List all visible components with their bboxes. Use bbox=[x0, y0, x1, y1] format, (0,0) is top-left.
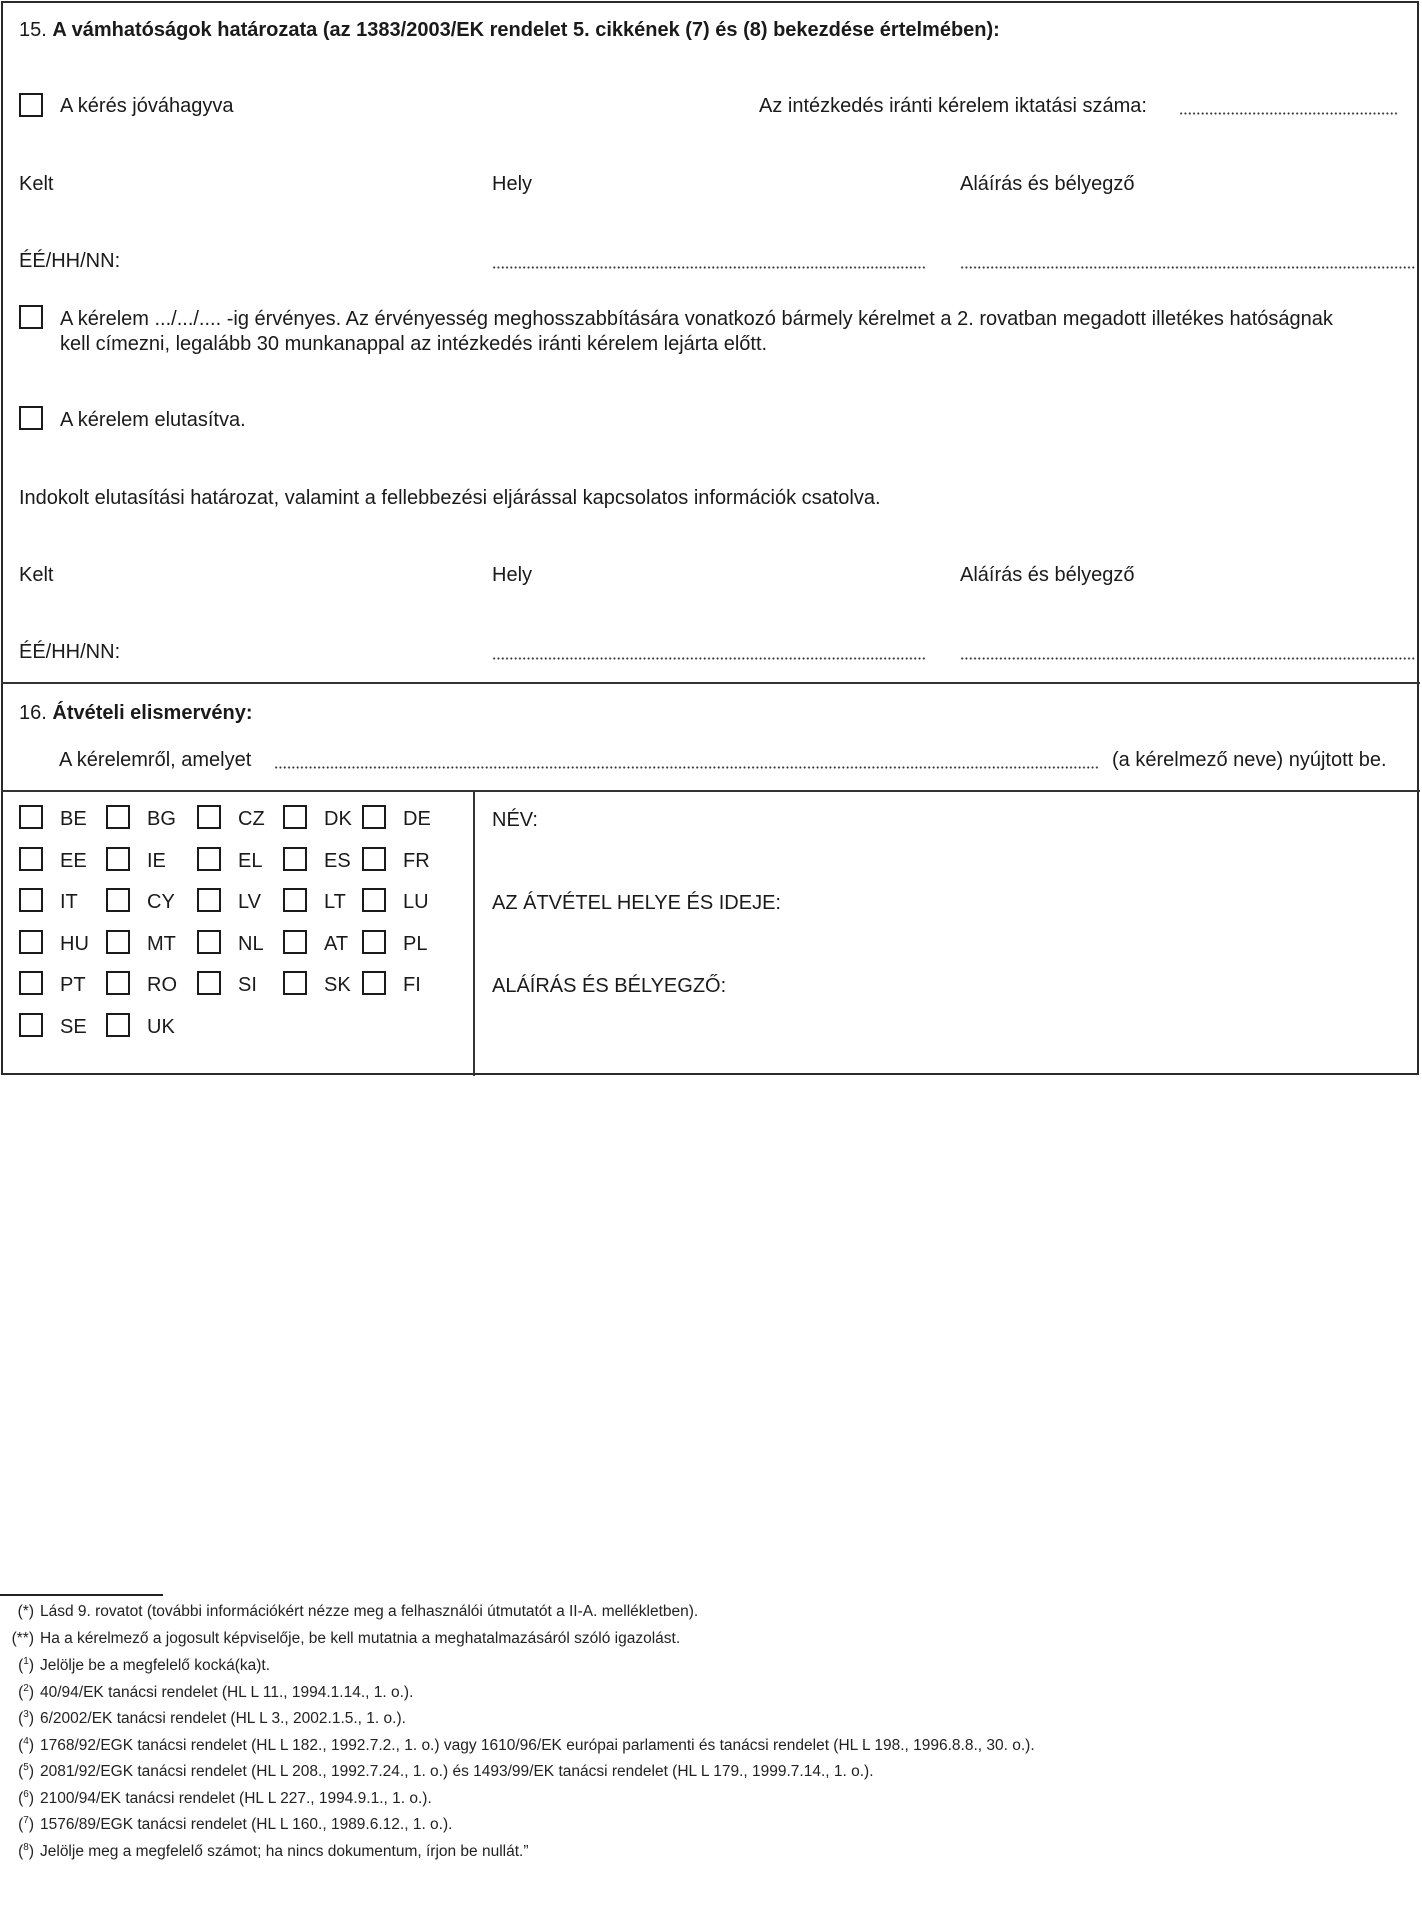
rejection-note: Indokolt elutasítási határozat, valamint… bbox=[19, 487, 881, 510]
footnote-item: (1)Jelölje be a megfelelő kocká(ka)t. bbox=[0, 1656, 270, 1675]
kelt-label-1: Kelt bbox=[19, 173, 53, 196]
country-checkbox-dk[interactable] bbox=[283, 805, 307, 829]
country-label-ie: IE bbox=[147, 850, 166, 873]
footnote-item: (5)2081/92/EGK tanácsi rendelet (HL L 20… bbox=[0, 1762, 874, 1781]
section-16-title: Átvételi elismervény: bbox=[52, 702, 252, 724]
section-16-heading: 16. Átvételi elismervény: bbox=[19, 702, 252, 725]
footnote-mark: (1) bbox=[0, 1656, 34, 1675]
valid-until-text-line2: kell címezni, legalább 30 munkanappal az… bbox=[60, 333, 767, 356]
date-format-label-1: ÉÉ/HH/NN: bbox=[19, 250, 120, 273]
country-checkbox-pt[interactable] bbox=[19, 971, 43, 995]
signature-field-1[interactable] bbox=[960, 266, 1415, 269]
country-label-bg: BG bbox=[147, 808, 176, 831]
place-field-2[interactable] bbox=[492, 657, 926, 660]
place-field-1[interactable] bbox=[492, 266, 926, 269]
valid-until-checkbox[interactable] bbox=[19, 305, 43, 329]
country-label-at: AT bbox=[324, 933, 348, 956]
valid-until-text-line1: A kérelem .../.../.... -ig érvényes. Az … bbox=[60, 308, 1333, 331]
country-label-lt: LT bbox=[324, 891, 346, 914]
registration-number-field[interactable] bbox=[1179, 112, 1397, 115]
country-checkbox-fi[interactable] bbox=[362, 971, 386, 995]
section-15-heading: 15. A vámhatóságok határozata (az 1383/2… bbox=[19, 19, 1000, 42]
footnote-text: 1768/92/EGK tanácsi rendelet (HL L 182.,… bbox=[40, 1737, 1035, 1754]
request-suffix: (a kérelmező neve) nyújtott be. bbox=[1112, 749, 1387, 772]
footnote-text: 2081/92/EGK tanácsi rendelet (HL L 208.,… bbox=[40, 1763, 874, 1780]
rejected-checkbox[interactable] bbox=[19, 406, 43, 430]
footnote-item: (7)1576/89/EGK tanácsi rendelet (HL L 16… bbox=[0, 1815, 452, 1834]
footnote-item: (*)Lásd 9. rovatot (további információké… bbox=[0, 1603, 698, 1621]
footnote-item: (6)2100/94/EK tanácsi rendelet (HL L 227… bbox=[0, 1789, 432, 1808]
country-label-fi: FI bbox=[403, 974, 421, 997]
footnote-item: (4)1768/92/EGK tanácsi rendelet (HL L 18… bbox=[0, 1736, 1035, 1755]
grid-column-divider bbox=[473, 791, 475, 1076]
footnote-mark: (6) bbox=[0, 1789, 34, 1808]
name-label: NÉV: bbox=[492, 809, 538, 832]
country-checkbox-lu[interactable] bbox=[362, 888, 386, 912]
signature-label-2: Aláírás és bélyegző bbox=[960, 564, 1135, 587]
section-15-title: A vámhatóságok határozata (az 1383/2003/… bbox=[52, 19, 999, 41]
country-checkbox-bg[interactable] bbox=[106, 805, 130, 829]
country-checkbox-be[interactable] bbox=[19, 805, 43, 829]
footnote-text: Ha a kérelmező a jogosult képviselője, b… bbox=[40, 1630, 680, 1647]
kelt-label-2: Kelt bbox=[19, 564, 53, 587]
country-label-se: SE bbox=[60, 1016, 87, 1039]
approved-checkbox[interactable] bbox=[19, 93, 43, 117]
country-label-el: EL bbox=[238, 850, 262, 873]
country-checkbox-ie[interactable] bbox=[106, 847, 130, 871]
footnote-text: 2100/94/EK tanácsi rendelet (HL L 227., … bbox=[40, 1790, 432, 1807]
footnote-mark: (**) bbox=[0, 1630, 34, 1648]
country-label-uk: UK bbox=[147, 1016, 175, 1039]
date-format-label-2: ÉÉ/HH/NN: bbox=[19, 641, 120, 664]
country-checkbox-de[interactable] bbox=[362, 805, 386, 829]
country-label-lv: LV bbox=[238, 891, 261, 914]
country-label-hu: HU bbox=[60, 933, 89, 956]
country-checkbox-es[interactable] bbox=[283, 847, 307, 871]
footnote-mark: (*) bbox=[0, 1603, 34, 1621]
country-label-mt: MT bbox=[147, 933, 176, 956]
country-checkbox-sk[interactable] bbox=[283, 971, 307, 995]
country-label-es: ES bbox=[324, 850, 351, 873]
hely-label-2: Hely bbox=[492, 564, 532, 587]
country-label-ro: RO bbox=[147, 974, 177, 997]
footnote-text: 40/94/EK tanácsi rendelet (HL L 11., 199… bbox=[40, 1684, 413, 1701]
receipt-signature-label: ALÁÍRÁS ÉS BÉLYEGZŐ: bbox=[492, 975, 726, 998]
country-checkbox-ro[interactable] bbox=[106, 971, 130, 995]
country-checkbox-nl[interactable] bbox=[197, 930, 221, 954]
footnote-mark: (3) bbox=[0, 1709, 34, 1728]
country-label-cy: CY bbox=[147, 891, 175, 914]
approved-label: A kérés jóváhagyva bbox=[60, 95, 233, 118]
country-label-dk: DK bbox=[324, 808, 352, 831]
hely-label-1: Hely bbox=[492, 173, 532, 196]
footnote-text: Lásd 9. rovatot (további információkért … bbox=[40, 1603, 698, 1620]
footnote-text: 6/2002/EK tanácsi rendelet (HL L 3., 200… bbox=[40, 1710, 406, 1727]
country-checkbox-mt[interactable] bbox=[106, 930, 130, 954]
country-checkbox-uk[interactable] bbox=[106, 1013, 130, 1037]
country-label-fr: FR bbox=[403, 850, 430, 873]
signature-field-2[interactable] bbox=[960, 657, 1415, 660]
country-checkbox-pl[interactable] bbox=[362, 930, 386, 954]
country-label-lu: LU bbox=[403, 891, 429, 914]
footnote-item: (8)Jelölje meg a megfelelő számot; ha ni… bbox=[0, 1842, 529, 1861]
section-divider-16-grid bbox=[1, 790, 1420, 792]
request-prefix: A kérelemről, amelyet bbox=[59, 749, 251, 772]
footnote-mark: (2) bbox=[0, 1683, 34, 1702]
country-checkbox-lv[interactable] bbox=[197, 888, 221, 912]
country-label-pt: PT bbox=[60, 974, 86, 997]
place-time-label: AZ ÁTVÉTEL HELYE ÉS IDEJE: bbox=[492, 892, 781, 915]
footnote-mark: (5) bbox=[0, 1762, 34, 1781]
footnote-separator bbox=[0, 1594, 163, 1596]
country-label-nl: NL bbox=[238, 933, 264, 956]
footnote-mark: (4) bbox=[0, 1736, 34, 1755]
footnote-item: (3)6/2002/EK tanácsi rendelet (HL L 3., … bbox=[0, 1709, 406, 1728]
country-checkbox-hu[interactable] bbox=[19, 930, 43, 954]
country-checkbox-si[interactable] bbox=[197, 971, 221, 995]
country-label-sk: SK bbox=[324, 974, 351, 997]
country-checkbox-lt[interactable] bbox=[283, 888, 307, 912]
country-checkbox-cz[interactable] bbox=[197, 805, 221, 829]
country-checkbox-at[interactable] bbox=[283, 930, 307, 954]
country-checkbox-ee[interactable] bbox=[19, 847, 43, 871]
country-label-pl: PL bbox=[403, 933, 427, 956]
section-15-number: 15. bbox=[19, 19, 47, 41]
country-checkbox-el[interactable] bbox=[197, 847, 221, 871]
rejected-label: A kérelem elutasítva. bbox=[60, 409, 246, 432]
country-label-de: DE bbox=[403, 808, 431, 831]
footnote-item: (2)40/94/EK tanácsi rendelet (HL L 11., … bbox=[0, 1683, 413, 1702]
country-checkbox-it[interactable] bbox=[19, 888, 43, 912]
registration-number-label: Az intézkedés iránti kérelem iktatási sz… bbox=[759, 95, 1147, 118]
country-checkbox-cy[interactable] bbox=[106, 888, 130, 912]
signature-label-1: Aláírás és bélyegző bbox=[960, 173, 1135, 196]
applicant-name-field[interactable] bbox=[274, 766, 1098, 769]
footnote-mark: (7) bbox=[0, 1815, 34, 1834]
country-label-ee: EE bbox=[60, 850, 87, 873]
country-label-si: SI bbox=[238, 974, 257, 997]
country-label-be: BE bbox=[60, 808, 87, 831]
footnote-text: Jelölje be a megfelelő kocká(ka)t. bbox=[40, 1657, 270, 1674]
footnote-item: (**)Ha a kérelmező a jogosult képviselőj… bbox=[0, 1630, 680, 1648]
footnote-mark: (8) bbox=[0, 1842, 34, 1861]
country-label-it: IT bbox=[60, 891, 78, 914]
country-label-cz: CZ bbox=[238, 808, 265, 831]
footnote-text: Jelölje meg a megfelelő számot; ha nincs… bbox=[40, 1843, 529, 1860]
section-16-number: 16. bbox=[19, 702, 47, 724]
section-divider-15-16 bbox=[1, 682, 1420, 684]
footnote-text: 1576/89/EGK tanácsi rendelet (HL L 160.,… bbox=[40, 1816, 452, 1833]
country-checkbox-fr[interactable] bbox=[362, 847, 386, 871]
country-checkbox-se[interactable] bbox=[19, 1013, 43, 1037]
